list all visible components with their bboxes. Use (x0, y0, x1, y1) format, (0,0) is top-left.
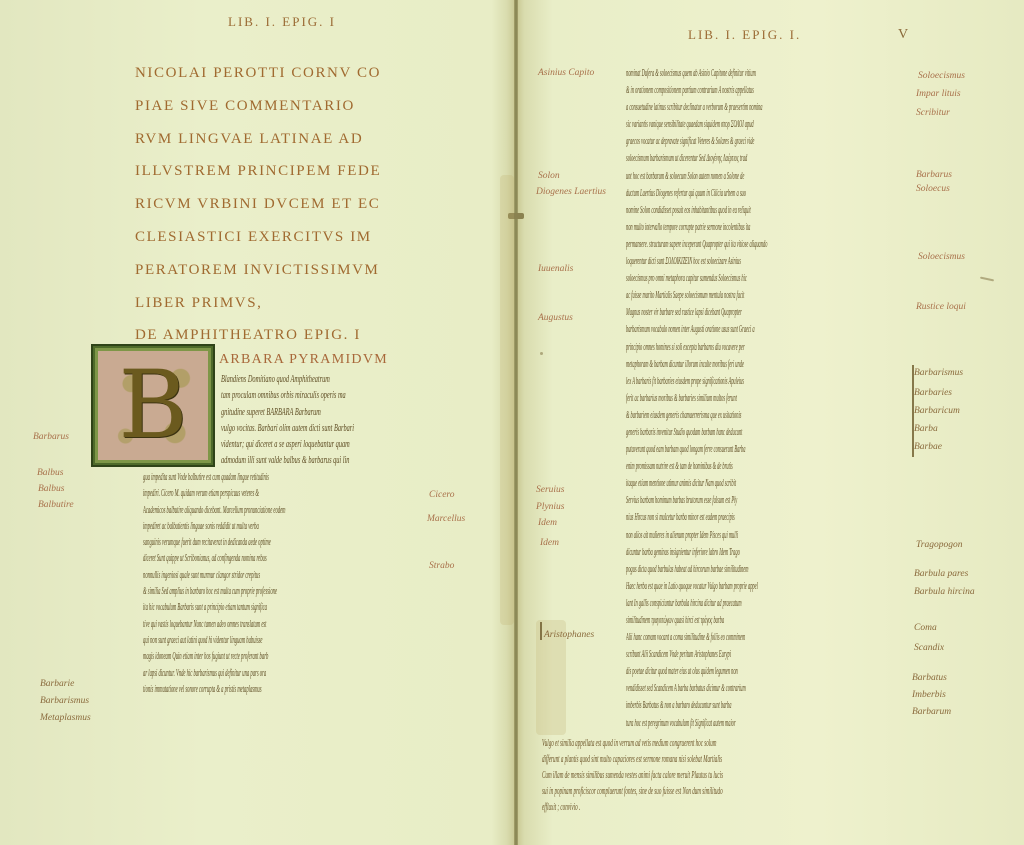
margin-note: Barbarum (912, 707, 951, 717)
commentary-text-block-2: gua impedita sunt Vnde balbutire est cum… (143, 470, 286, 698)
text-line: vendidisset sed Scandicem A barba barbat… (626, 680, 767, 697)
margin-note: Plynius (536, 502, 565, 512)
text-line: dicuntur barba geminas insignientur infe… (626, 544, 767, 561)
text-line: nonnullis ingeniosi quale sunt murmur cl… (143, 568, 286, 584)
margin-note: Balbutire (38, 500, 74, 510)
margin-note: Marcellus (427, 514, 465, 524)
footnote-block: Vulgo et similia appellata est quod in v… (542, 736, 723, 816)
right-page: LIB. I. EPIG. I. V nominat Dufera & solo… (518, 0, 1024, 845)
title-line: NICOLAI PEROTTI CORNV CO (135, 57, 445, 90)
margin-note: Metaplasmus (40, 713, 91, 723)
title-line: RVM LINGVAE LATINAE AD (135, 123, 445, 156)
left-page: LIB. I. EPIG. I NICOLAI PEROTTI CORNV CO… (0, 0, 512, 845)
text-line: Servius barbam hominum barbas brutorum e… (626, 492, 767, 509)
illuminated-initial: B (91, 344, 215, 467)
margin-note: Barbaricum (914, 406, 960, 416)
margin-note: Scandix (914, 643, 944, 653)
margin-note: Seruius (536, 485, 565, 495)
margin-note: Barbarismus (914, 368, 963, 378)
text-line: & similia Sed amplius in barbaro hoc est… (143, 584, 286, 600)
text-line: Haec herba est quae in Latio quoque voca… (626, 578, 767, 595)
margin-note: Iuuenalis (538, 264, 573, 274)
margin-note: Strabo (429, 561, 454, 571)
text-line: sanguinis verumque fuerit dum recitavera… (143, 535, 286, 551)
margin-note: Barbula pares (914, 569, 968, 579)
margin-note: Soloecus (916, 184, 950, 194)
text-line: a consuetudine latinus scribitur declina… (626, 99, 767, 116)
margin-note: Balbus (38, 484, 64, 494)
margin-note: Cicero (429, 490, 455, 500)
commentary-text-column: nominat Dufera & soloecismus quem ab Asi… (626, 65, 767, 732)
margin-note: Soloecismus (918, 252, 965, 262)
footnote-line: differunt a plantis quod sint multo capa… (542, 752, 723, 768)
footnote-line: Vulgo et similia appellata est quod in v… (542, 736, 723, 752)
margin-bracket (912, 365, 914, 457)
text-line: soloecismus pro omni metaphora capitur s… (626, 270, 767, 287)
margin-note: Balbus (37, 468, 63, 478)
text-line: metaphoram & barbam dicuntur illorum inc… (626, 356, 767, 373)
margin-note: Idem (540, 538, 559, 548)
initial-letter: B (118, 359, 187, 453)
text-line: Alii hanc comam vocant a coma similitudi… (626, 629, 767, 646)
text-line: ductum Laertius Diogenes refertur qui qu… (626, 185, 767, 202)
title-line: CLESIASTICI EXERCITVS IM (135, 221, 445, 254)
text-line: tionis immutatione vel sonore corrupta &… (143, 682, 286, 698)
text-line: videntur; qui diceret a se asperi loqueb… (221, 437, 354, 453)
text-line: generis barbaris invenitur Studio quodam… (626, 424, 767, 441)
text-line: imberbis Barbatus & non a barbaro deducu… (626, 697, 767, 714)
footnote-line: effluxit ; convivio . (542, 800, 723, 816)
title-block: NICOLAI PEROTTI CORNV CO PIAE SIVE COMME… (135, 57, 445, 352)
text-line: qui non sunt graeci aut latini quod hi v… (143, 633, 286, 649)
text-line: enim promissam nutrire est & tam de homi… (626, 458, 767, 475)
text-line: Blandiens Domitiano quod Amphitheatrum (221, 372, 354, 388)
margin-note: Diogenes Laertius (536, 187, 606, 197)
title-line: RICVM VRBINI DVCEM ET EC (135, 188, 445, 221)
text-line: sic variantis vanique sensibilitate quae… (626, 116, 767, 133)
margin-note: Rustice loqui (916, 302, 966, 312)
text-line: gua impedita sunt Vnde balbutire est cum… (143, 470, 286, 486)
margin-note: Coma (914, 623, 937, 633)
text-line: nomine Solon condidisset posuit eos inha… (626, 202, 767, 219)
text-line: principio omnes homines si soli excepta … (626, 339, 767, 356)
footnote-line: Cum illam de mensis similibus sumenda ve… (542, 768, 723, 784)
margin-note: Scribitur (916, 108, 950, 118)
margin-note: Augustus (538, 313, 573, 323)
title-line: LIBER PRIMVS, (135, 287, 445, 320)
title-line: PIAE SIVE COMMENTARIO (135, 90, 445, 123)
margin-note: Barba (914, 424, 938, 434)
margin-note: Solon (538, 171, 560, 181)
margin-note: Imberbis (912, 690, 946, 700)
running-head-left: LIB. I. EPIG. I (228, 14, 336, 30)
text-line: tam proculam omnibus orbis miraculis ope… (221, 388, 354, 404)
text-line: & barbariem eiusdem generis chamaerreris… (626, 407, 767, 424)
text-line: unt hoc est barbarum & soloecum Solon au… (626, 168, 767, 185)
title-line: ILLVSTREM PRINCIPEM FEDE (135, 155, 445, 188)
text-line: dis poetae dicitur quod mater eius ut ol… (626, 663, 767, 680)
text-line: pogus dicta quod barbulas habeat ad hirc… (626, 561, 767, 578)
footnote-line: sui in popinam proficiscor compluerunt f… (542, 784, 723, 800)
text-line: soloecismum barbarismum ut dicerentur Se… (626, 150, 767, 167)
text-line: impediret ac balbutientis linguae sonis … (143, 519, 286, 535)
text-line: graecos vocatur ac depravate significat … (626, 133, 767, 150)
margin-note: Barbarismus (40, 696, 89, 706)
text-line: impediri. Cicero M. quidam verum etiam p… (143, 486, 286, 502)
text-line: ferit ac barbarius moribus & barbaries s… (626, 390, 767, 407)
ink-stroke (980, 277, 994, 282)
margin-note: Barbaries (914, 388, 952, 398)
margin-note: Idem (538, 518, 557, 528)
margin-note: Barbatus (912, 673, 947, 683)
ink-speck (540, 352, 543, 355)
foliate-ornament: B (95, 348, 211, 463)
text-line: non multo intervallo tempore corrupte pa… (626, 219, 767, 236)
text-line: lant In gallis conspiciuntur barbula hir… (626, 595, 767, 612)
margin-note: Barbula hircina (914, 587, 975, 597)
incipit: ARBARA PYRAMIDVM (219, 352, 388, 368)
text-line: Academicos balbutire aliquando dicebant.… (143, 503, 286, 519)
text-line: Magnus noster vir barbare sed rustice la… (626, 304, 767, 321)
margin-note: Aristophanes (544, 630, 594, 640)
margin-note: Asinius Capito (538, 68, 594, 78)
margin-note: Impar lituis (916, 89, 961, 99)
margin-note: Tragopogon (916, 540, 962, 550)
text-line: scribunt Alii Scandicem Vnde peritum Ari… (626, 646, 767, 663)
text-line: ac fuisse marito Martialis Saepe soloeci… (626, 287, 767, 304)
commentary-text-block-1: Blandiens Domitiano quod Amphitheatrum t… (221, 372, 354, 470)
text-line: tura hoc est peregrinum vocabulum fit Si… (626, 715, 767, 732)
text-line: non alios ait mulieres in alienum propte… (626, 527, 767, 544)
margin-note: Soloecismus (918, 71, 965, 81)
text-line: permansere. structuram sapere inceperunt… (626, 236, 767, 253)
text-line: magis idoneam Quin etiam inter hos fugiu… (143, 649, 286, 665)
text-line: diceret Sunt quippe ut Scribonianus, ad … (143, 551, 286, 567)
text-line: itaque etiam mentione utimur animis dici… (626, 475, 767, 492)
text-line: tive qui vastis loquebantur Nunc tamen a… (143, 617, 286, 633)
margin-note: Barbae (914, 442, 942, 452)
text-line: vulgo vocitas. Barbari olim autem dicti … (221, 421, 354, 437)
running-head-right: LIB. I. EPIG. I. (688, 27, 801, 43)
text-line: gnitudine superet BARBARA Barbarum (221, 405, 354, 421)
margin-note: Barbarie (40, 679, 74, 689)
text-line: putaverunt quod eam barbam quod longam f… (626, 441, 767, 458)
text-line: similitudinem τραγοπώγων quasi hirci est… (626, 612, 767, 629)
text-line: loquerentur dicti sunt ΣΟΛΟΙΚΙΖΕΙΝ hoc e… (626, 253, 767, 270)
text-line: nius Hircus non si mulcetur barba minor … (626, 509, 767, 526)
text-line: ita hic vocabulum Barbaris sunt a princi… (143, 600, 286, 616)
folio-number: V (898, 27, 908, 43)
margin-note: Barbarus (33, 432, 69, 442)
text-line: admodum illi sunt valde balbus & barbaru… (221, 453, 354, 469)
text-line: ar lapsi dicuntur. Vnde hic barbarismus … (143, 666, 286, 682)
margin-note: Barbarus (916, 170, 952, 180)
text-line: nominat Dufera & soloecismus quem ab Asi… (626, 65, 767, 82)
title-line: PERATOREM INVICTISSIMVM (135, 254, 445, 287)
margin-bracket (540, 622, 542, 640)
text-line: lex A barbaris fit barbaries eiusdem pro… (626, 373, 767, 390)
text-line: & in orationem compositionem partium con… (626, 82, 767, 99)
text-line: barbarismum vocabulo nomen inter Augusti… (626, 321, 767, 338)
